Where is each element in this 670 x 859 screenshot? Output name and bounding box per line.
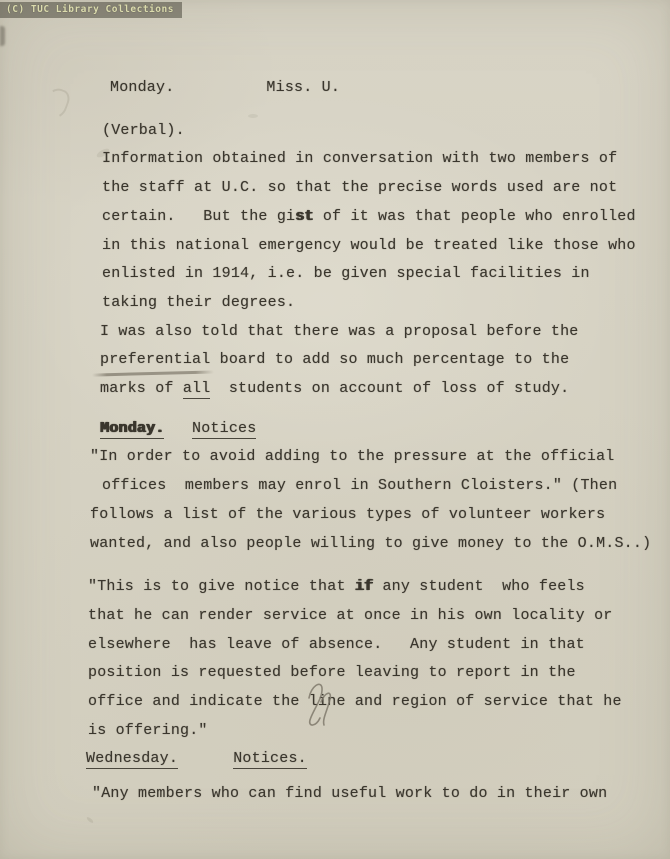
typed-text-segment: Monday. [100, 420, 164, 439]
typed-text-segment: marks of [100, 380, 183, 397]
typed-line: marks of all students on account of loss… [100, 375, 666, 404]
typed-text-segment: Notices. [233, 750, 307, 769]
typed-line: certain. But the gist of it was that peo… [102, 203, 666, 232]
typed-line: wanted, and also people willing to give … [90, 530, 666, 559]
typed-text-segment: of it was that people who enrolled [314, 208, 636, 225]
typed-line: "Any members who can find useful work to… [92, 780, 666, 809]
typed-text-segment: students on account of loss of study. [210, 380, 569, 397]
typed-text-segment: office and indicate the [88, 693, 309, 710]
typescript-text-block: Monday. Miss. U.(Verbal).Information obt… [100, 74, 666, 809]
typed-text-segment: (Verbal). [102, 122, 185, 139]
typed-line: offices members may enrol in Southern Cl… [102, 472, 666, 501]
typed-text-segment: Information obtained in conversation wit… [102, 150, 617, 167]
paper-smudge [40, 85, 73, 121]
typed-text-segment [178, 750, 233, 767]
typed-line: position is requested before leaving to … [88, 659, 666, 688]
typed-text-segment: and region of service that he [346, 693, 622, 710]
typed-text-segment: is offering." [88, 722, 208, 739]
scanned-paper-background: (C) TUC Library Collections Monday. Miss… [0, 0, 670, 859]
typed-line: Monday. Notices [100, 415, 666, 444]
typed-line: follows a list of the various types of v… [90, 501, 666, 530]
typed-text-segment [164, 420, 192, 437]
typed-text-segment: "Any members who can find useful work to… [92, 785, 607, 802]
typed-line: Monday. Miss. U. [110, 74, 666, 103]
typed-line: elsewhere has leave of absence. Any stud… [88, 631, 666, 660]
typed-text-segment: preferential [100, 351, 210, 368]
typed-line: in this national emergency would be trea… [102, 232, 666, 261]
typed-text-segment: elsewhere has leave of absence. Any stud… [88, 636, 585, 653]
typed-line: Information obtained in conversation wit… [102, 145, 666, 174]
typed-line: "In order to avoid adding to the pressur… [90, 443, 666, 472]
paper-edge-notch [0, 26, 5, 46]
typed-text-segment: the staff at U.C. so that the precise wo… [102, 179, 617, 196]
typed-text-segment: taking their degrees. [102, 294, 295, 311]
typed-line: office and indicate the line and region … [88, 688, 666, 717]
typed-line: (Verbal). [102, 117, 666, 146]
typed-text-segment: I was also told that there was a proposa… [100, 323, 578, 340]
typed-line: I was also told that there was a proposa… [100, 318, 666, 347]
typed-text-segment: certain. But the gi [102, 208, 295, 225]
typed-line: Wednesday. Notices. [86, 745, 666, 774]
typed-line: enlisted in 1914, i.e. be given special … [102, 260, 666, 289]
typed-text-segment: Wednesday. [86, 750, 178, 769]
typed-text-segment: all [183, 380, 211, 399]
typed-text-segment: "This is to give notice that [88, 578, 355, 595]
copyright-watermark: (C) TUC Library Collections [0, 2, 182, 18]
typed-line: that he can render service at once in hi… [88, 602, 666, 631]
typed-text-segment: that he can render service at once in hi… [88, 607, 612, 624]
pencil-scribble-annotation [299, 676, 347, 730]
typed-text-segment: wanted, and also people willing to give … [90, 535, 651, 552]
typed-line: preferential board to add so much percen… [100, 346, 666, 375]
typed-line: taking their degrees. [102, 289, 666, 318]
typed-text-segment: board to add so much percentage to the [210, 351, 569, 368]
typed-text-segment: Notices [192, 420, 256, 439]
typed-text-segment: follows a list of the various types of v… [90, 506, 605, 523]
typed-text-segment: st [295, 208, 313, 225]
typed-text-segment: offices members may enrol in Southern Cl… [102, 477, 617, 494]
typed-line: is offering." [88, 717, 666, 746]
typed-text-segment: Monday. Miss. U. [110, 79, 340, 96]
typed-text-segment: any student who feels [373, 578, 585, 595]
typed-text-segment: "In order to avoid adding to the pressur… [90, 448, 614, 465]
typed-line: "This is to give notice that if any stud… [88, 573, 666, 602]
typed-text-segment: enlisted in 1914, i.e. be given special … [102, 265, 590, 282]
typed-line: the staff at U.C. so that the precise wo… [102, 174, 666, 203]
paper-smudge [86, 816, 94, 824]
typed-text-segment: in this national emergency would be trea… [102, 237, 636, 254]
typed-text-segment: if [355, 578, 373, 595]
